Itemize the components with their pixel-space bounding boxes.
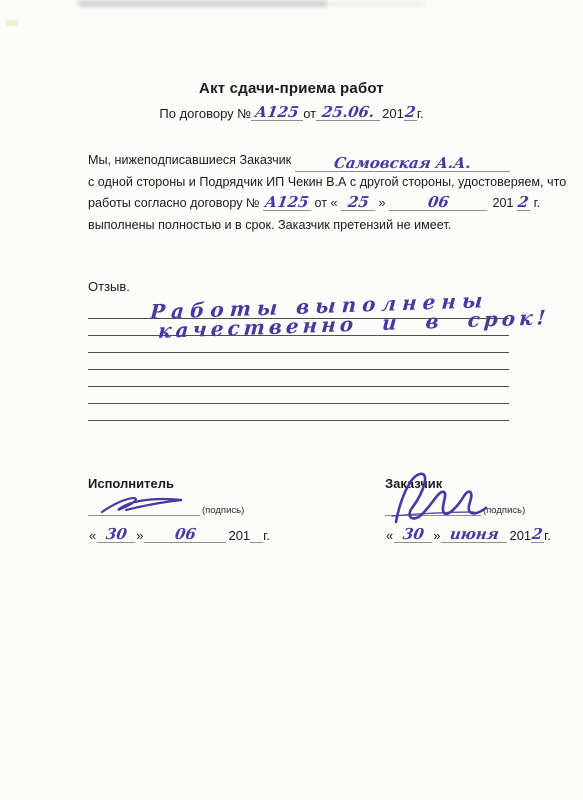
customer-day-value: 30 — [402, 528, 425, 541]
year-suffix: г. — [417, 106, 424, 121]
statement-paragraph: Мы, нижеподписавшиеся Заказчик Самовская… — [88, 150, 510, 236]
customer-signature-line — [385, 500, 481, 516]
executor-day-field: 30 — [97, 528, 135, 543]
executor-day-value: 30 — [105, 528, 128, 541]
day-value: 25 — [347, 196, 370, 209]
contract-number-value-2: А125 — [264, 196, 309, 209]
scan-artifact — [6, 20, 18, 26]
statement-line-2: с одной стороны и Подрядчик ИП Чекин В.А… — [88, 172, 510, 194]
year-digit-value: 2 — [404, 106, 416, 119]
month-value: 06 — [427, 196, 450, 209]
scan-artifact — [330, 2, 425, 6]
quote-close: » — [432, 528, 441, 543]
customer-label: Заказчик — [385, 476, 442, 491]
ruled-line — [88, 387, 509, 404]
year-digit-field-2: 2 — [517, 196, 530, 211]
year-suffix-2: г. — [534, 196, 541, 210]
statement-line-4: выполнены полностью и в срок. Заказчик п… — [88, 215, 510, 237]
contract-number-field-2: А125 — [263, 196, 311, 211]
customer-month-field: июня — [441, 528, 507, 543]
executor-signature-caption: (подпись) — [202, 505, 244, 516]
customer-signature-caption: (подпись) — [483, 505, 525, 516]
year-digit-value-2: 2 — [517, 196, 529, 209]
customer-name-field: Самовская А.А. — [295, 157, 510, 172]
scan-artifact — [78, 0, 328, 7]
executor-label: Исполнитель — [88, 476, 174, 491]
statement-line1-text: Мы, нижеподписавшиеся Заказчик — [88, 150, 291, 172]
contract-line: По договору № А125 от 25.06. 201 2 г. — [0, 106, 583, 121]
ruled-line — [88, 370, 509, 387]
review-label: Отзыв. — [88, 279, 130, 294]
contract-number-field: А125 — [251, 106, 303, 121]
ruled-line — [88, 404, 509, 421]
customer-year-suffix: г. — [544, 528, 551, 543]
executor-month-field: 06 — [144, 528, 226, 543]
year-digit-field: 2 — [404, 106, 417, 121]
quote-open: « — [385, 528, 394, 543]
year-printed: 201 — [382, 106, 404, 121]
day-field: 25 — [341, 196, 375, 211]
executor-year-suffix: г. — [263, 528, 270, 543]
contract-line-from: от — [303, 106, 316, 121]
executor-year-printed: 201 — [228, 528, 250, 543]
customer-name-value: Самовская А.А. — [333, 157, 472, 170]
ruled-line — [88, 336, 509, 353]
quote-close: » — [135, 528, 144, 543]
executor-signature-row: (подпись) — [88, 500, 244, 516]
contract-line-prefix: По договору № — [159, 106, 251, 121]
contract-number-value: А125 — [255, 106, 300, 119]
customer-signature-row: (подпись) — [385, 500, 525, 516]
document-page: Акт сдачи-приема работ По договору № А12… — [0, 0, 583, 800]
year-printed-2: 201 — [493, 196, 514, 210]
executor-year-field — [250, 528, 263, 543]
executor-date-row: « 30 » 06 201 г. — [88, 528, 270, 543]
contract-date-field: 25.06. — [316, 106, 380, 121]
statement-line3-from: от « — [315, 196, 338, 210]
quote-close: » — [379, 196, 386, 210]
customer-year-value: 2 — [532, 528, 544, 541]
customer-date-row: « 30 » июня 201 2 г. — [385, 528, 551, 543]
customer-year-printed: 201 — [509, 528, 531, 543]
statement-line-3: работы согласно договору № А125 от « 25 … — [88, 193, 510, 215]
executor-month-value: 06 — [174, 528, 197, 541]
customer-year-field: 2 — [531, 528, 544, 543]
customer-month-value: июня — [449, 528, 500, 541]
customer-day-field: 30 — [394, 528, 432, 543]
month-field: 06 — [389, 196, 487, 211]
quote-open: « — [88, 528, 97, 543]
statement-line3-prefix: работы согласно договору № — [88, 196, 260, 210]
executor-signature-line — [88, 500, 200, 516]
contract-date-value: 25.06. — [321, 106, 375, 119]
page-title: Акт сдачи-приема работ — [0, 80, 583, 97]
statement-line-1: Мы, нижеподписавшиеся Заказчик Самовская… — [88, 150, 510, 172]
ruled-line — [88, 353, 509, 370]
